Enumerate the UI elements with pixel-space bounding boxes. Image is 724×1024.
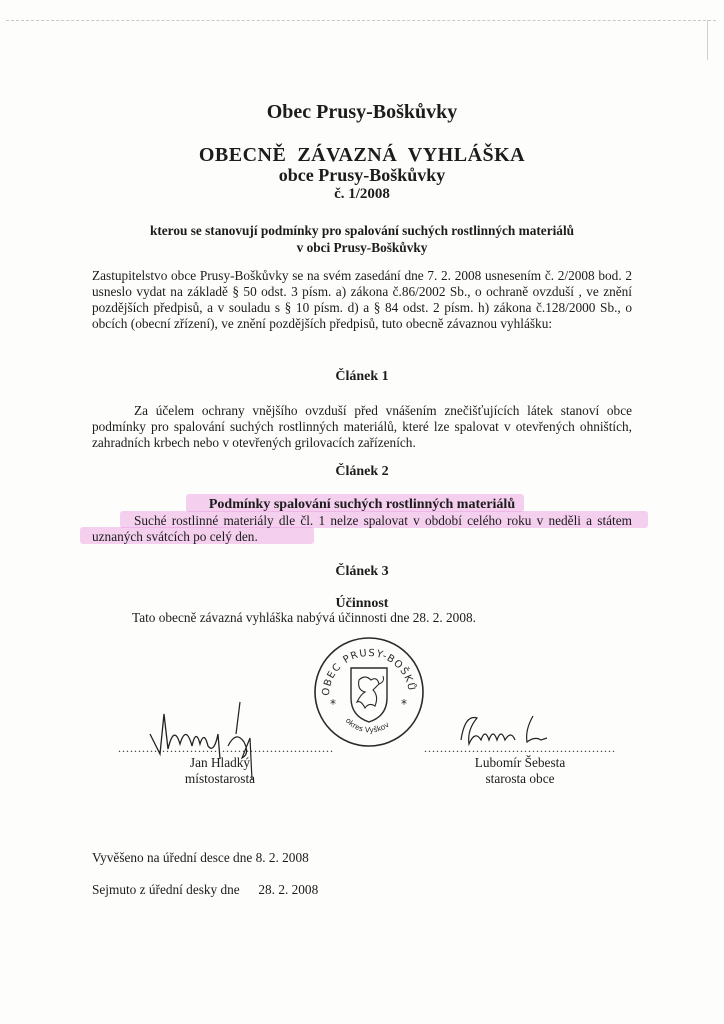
- article-3-text: Tato obecně závazná vyhláška nabývá účin…: [132, 610, 476, 626]
- scan-edge-line: [707, 20, 708, 60]
- svg-text:okres Vyškov: okres Vyškov: [344, 716, 391, 735]
- signatory-name: Lubomír Šebesta: [450, 755, 590, 771]
- stamp-bottom-text: okres Vyškov: [344, 716, 391, 735]
- signatory-role: místostarosta: [150, 771, 290, 787]
- subject-line-1: kterou se stanovují podmínky pro spalová…: [0, 222, 724, 239]
- document-subject: kterou se stanovují podmínky pro spalová…: [0, 222, 724, 256]
- svg-text:OBEC PRUSY-BOŠKŮVKY: OBEC PRUSY-BOŠKŮVKY: [313, 636, 419, 696]
- article-2-subheading: Podmínky spalování suchých rostlinných m…: [0, 497, 724, 513]
- document-title: OBECNĚ ZÁVAZNÁ VYHLÁŠKA: [0, 144, 724, 167]
- coat-of-arms-icon: [351, 668, 387, 722]
- removed-date-line: Sejmuto z úřední desky dne 28. 2. 2008: [92, 882, 318, 898]
- article-1-text: Za účelem ochrany vnějšího ovzduší před …: [92, 403, 632, 451]
- municipality-heading: Obec Prusy-Boškůvky: [0, 101, 724, 124]
- removed-label: Sejmuto z úřední desky dne: [92, 882, 240, 897]
- official-stamp: OBEC PRUSY-BOŠKŮVKY okres Vyškov * *: [313, 636, 425, 748]
- document-title-sub: obce Prusy-Boškůvky: [0, 165, 724, 186]
- stamp-ring-text: OBEC PRUSY-BOŠKŮVKY: [313, 636, 419, 696]
- preamble-paragraph: Zastupitelstvo obce Prusy-Boškůvky se na…: [92, 268, 632, 332]
- article-2-text: Suché rostlinné materiály dle čl. 1 nelz…: [92, 513, 632, 545]
- signatory-left: Jan Hladký místostarosta: [150, 755, 290, 787]
- signatory-name: Jan Hladký: [150, 755, 290, 771]
- subject-line-2: v obci Prusy-Boškůvky: [0, 239, 724, 256]
- removed-date: 28. 2. 2008: [258, 882, 318, 897]
- scan-edge-line: [6, 20, 716, 21]
- document-number: č. 1/2008: [0, 186, 724, 203]
- posted-date-line: Vyvěšeno na úřední desce dne 8. 2. 2008: [92, 850, 309, 866]
- signature-line: ........................................…: [118, 741, 334, 756]
- signatory-right: Lubomír Šebesta starosta obce: [450, 755, 590, 787]
- star-icon: *: [330, 697, 336, 711]
- signature-line: ........................................…: [424, 741, 616, 756]
- article-2-heading: Článek 2: [0, 464, 724, 480]
- star-icon: *: [401, 697, 407, 711]
- signatory-role: starosta obce: [450, 771, 590, 787]
- article-3-heading: Článek 3: [0, 564, 724, 580]
- article-1-heading: Článek 1: [0, 369, 724, 385]
